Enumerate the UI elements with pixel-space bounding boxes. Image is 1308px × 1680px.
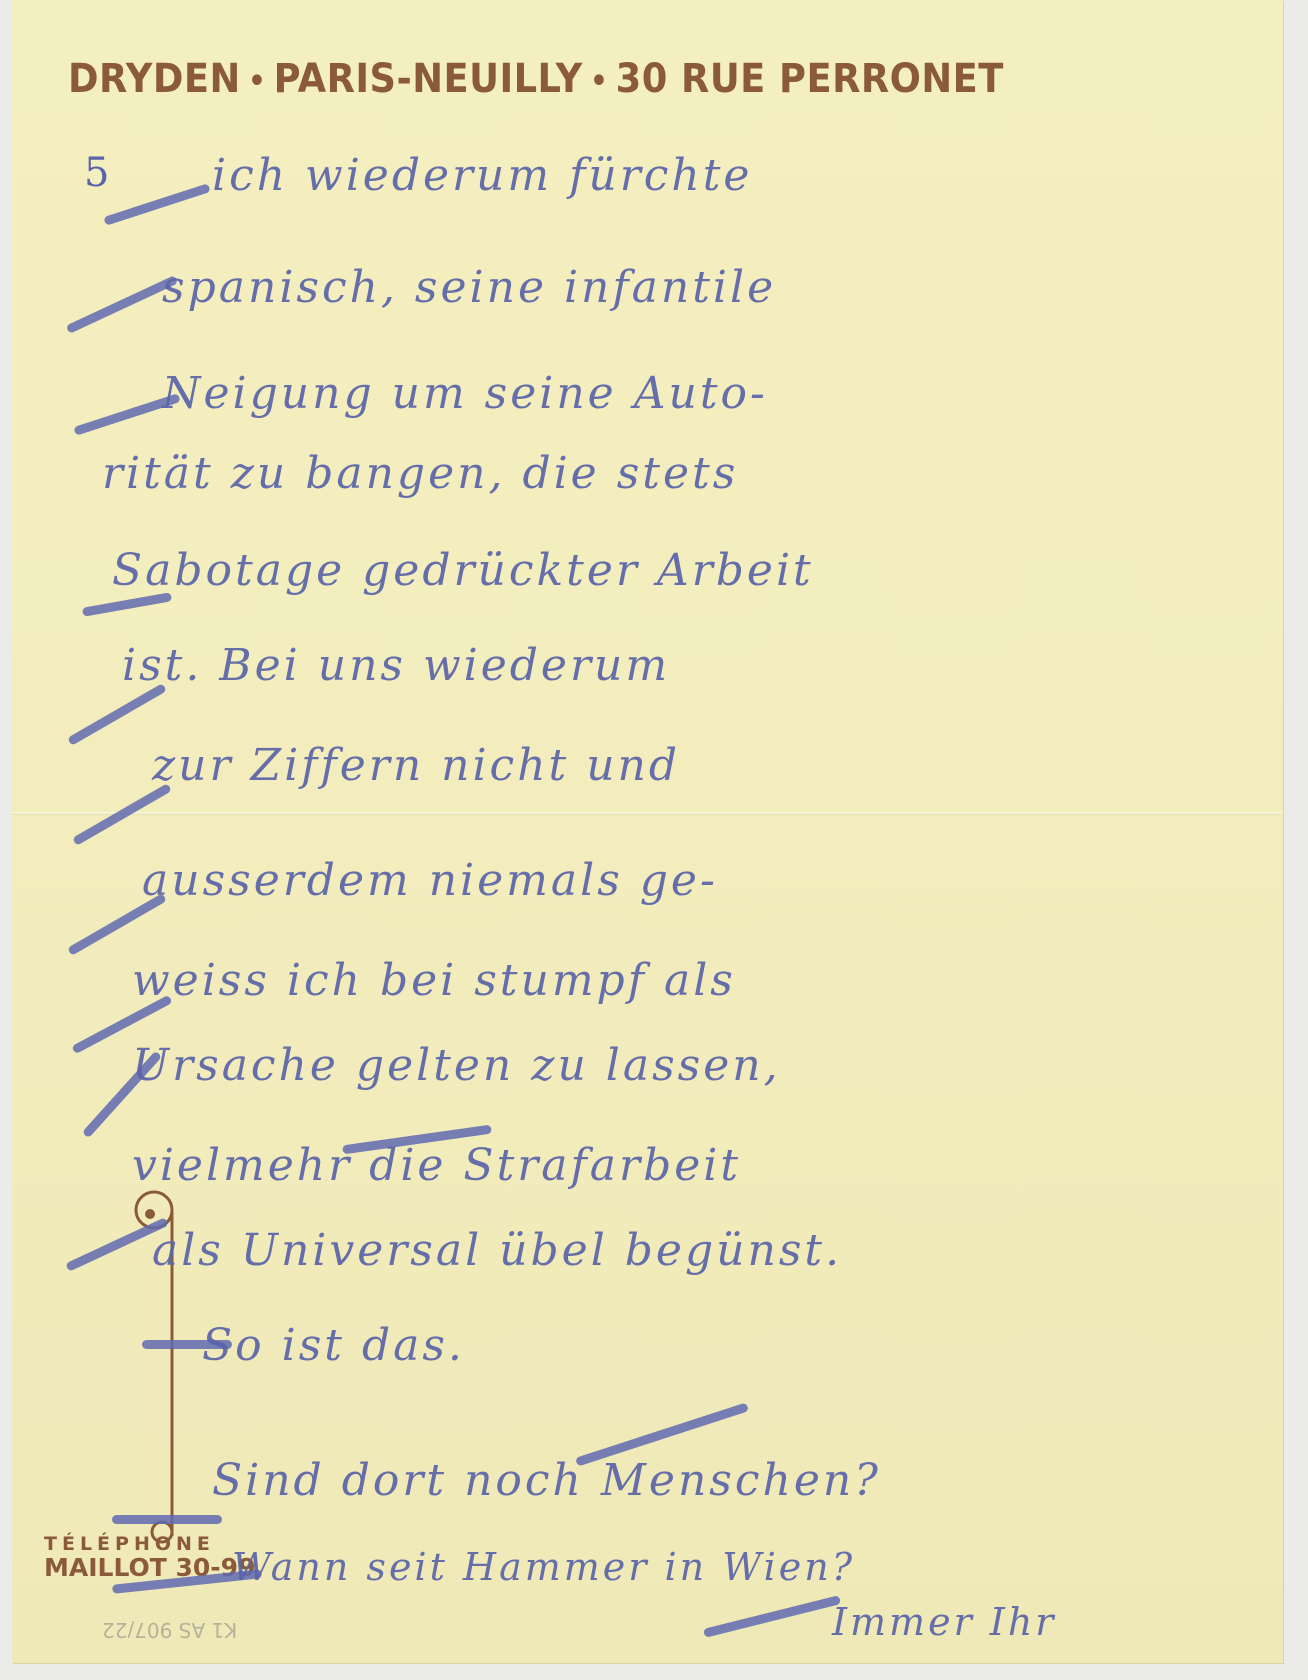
body-line: spanisch, seine infantile <box>162 262 776 313</box>
body-line: als Universal übel begünst. <box>152 1225 842 1276</box>
signature: Immer Ihr <box>832 1600 1056 1644</box>
body-line: Ursache gelten zu lassen, <box>132 1040 781 1091</box>
archive-reference-mark: K1 AS 907/22 <box>102 1618 237 1642</box>
body-line: rität zu bangen, die stets <box>102 448 738 499</box>
body-line: weiss ich bei stumpf als <box>132 955 736 1006</box>
ink-swash <box>112 1515 222 1524</box>
ink-swash <box>72 783 172 846</box>
ink-swash <box>103 183 210 226</box>
handwritten-body: ich wiederum fürchte spanisch, seine inf… <box>12 0 1283 1663</box>
body-line: ist. Bei uns wiederum <box>122 640 670 691</box>
body-line: vielmehr die Strafarbeit <box>132 1140 741 1191</box>
body-line: ich wiederum fürchte <box>212 150 752 201</box>
ink-swash <box>67 683 167 746</box>
body-line: Sind dort noch Menschen? <box>212 1455 881 1506</box>
body-line: So ist das. <box>202 1320 465 1371</box>
letter-paper: DRYDEN•PARIS-NEUILLY•30 RUE PERRONET 5 T… <box>12 0 1283 1663</box>
body-line: Neigung um seine Auto- <box>162 368 768 419</box>
body-line: Sabotage gedrückter Arbeit <box>112 545 814 596</box>
body-line: ausserdem niemals ge- <box>142 855 718 906</box>
body-line: Wann seit Hammer in Wien? <box>232 1545 855 1589</box>
ink-swash <box>703 1595 841 1638</box>
body-line: zur Ziffern nicht und <box>152 740 680 791</box>
